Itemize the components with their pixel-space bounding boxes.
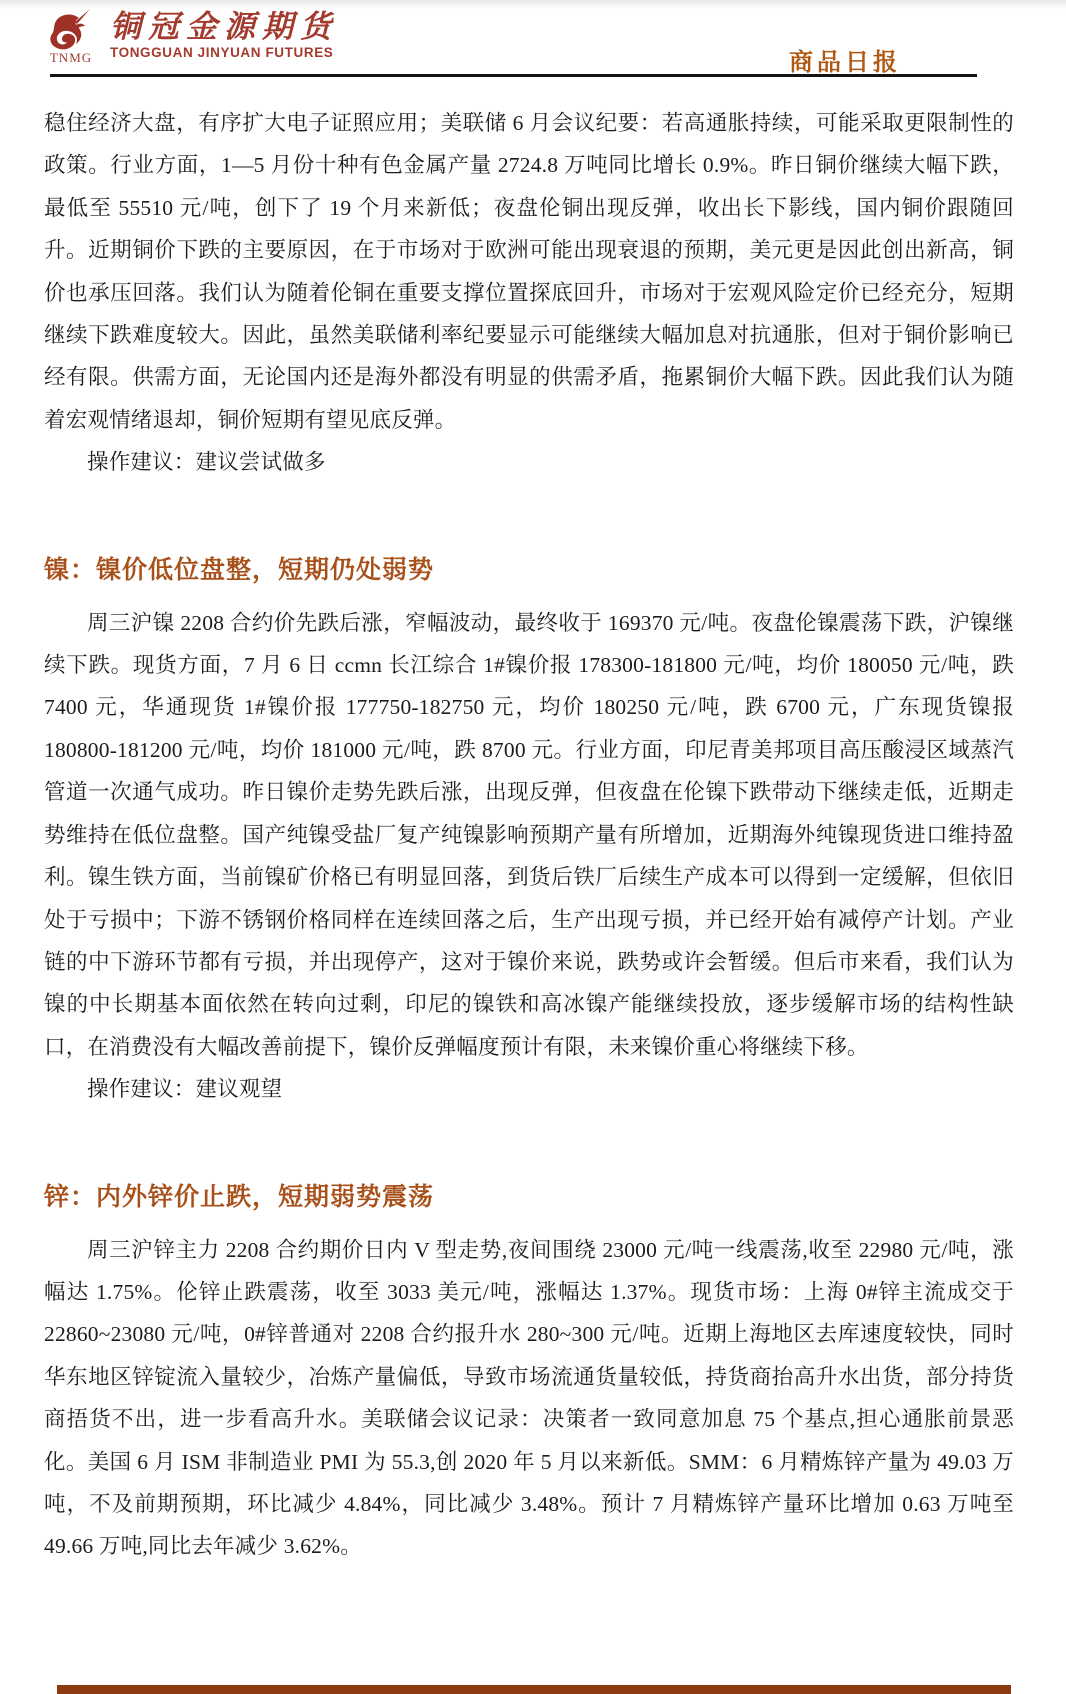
brand-logo: TNMG 铜冠金源期货 TONGGUAN JINYUAN FUTURES (42, 8, 338, 66)
zinc-section-paragraph: 周三沪锌主力 2208 合约期价日内 V 型走势,夜间围绕 23000 元/吨一… (44, 1229, 1014, 1568)
report-header: TNMG 铜冠金源期货 TONGGUAN JINYUAN FUTURES 商品日… (0, 0, 1066, 88)
report-body: 稳住经济大盘，有序扩大电子证照应用；美联储 6 月会议纪要：若高通胀持续，可能采… (44, 102, 1014, 1568)
footer-bar (57, 1685, 1011, 1694)
report-type-title: 商品日报 (789, 42, 901, 77)
nickel-section-heading: 镍：镍价低位盘整，短期仍处弱势 (44, 550, 1014, 590)
nickel-section-paragraph: 周三沪镍 2208 合约价先跌后涨，窄幅波动，最终收于 169370 元/吨。夜… (44, 602, 1014, 1068)
brand-text: 铜冠金源期货 TONGGUAN JINYUAN FUTURES (110, 8, 338, 60)
copper-advice-line: 操作建议：建议尝试做多 (44, 441, 1014, 483)
copper-section-paragraph: 稳住经济大盘，有序扩大电子证照应用；美联储 6 月会议纪要：若高通胀持续，可能采… (44, 102, 1014, 441)
brand-logo-mark: TNMG (42, 8, 100, 66)
logo-acronym: TNMG (50, 50, 92, 66)
brand-name-chinese: 铜冠金源期货 (110, 10, 338, 44)
header-divider (50, 74, 977, 77)
phoenix-bird-icon (46, 8, 96, 52)
zinc-section-heading: 锌：内外锌价止跌，短期弱势震荡 (44, 1177, 1014, 1217)
report-page: TNMG 铜冠金源期货 TONGGUAN JINYUAN FUTURES 商品日… (0, 0, 1066, 1694)
nickel-advice-line: 操作建议：建议观望 (44, 1068, 1014, 1110)
brand-name-english: TONGGUAN JINYUAN FUTURES (110, 45, 338, 60)
